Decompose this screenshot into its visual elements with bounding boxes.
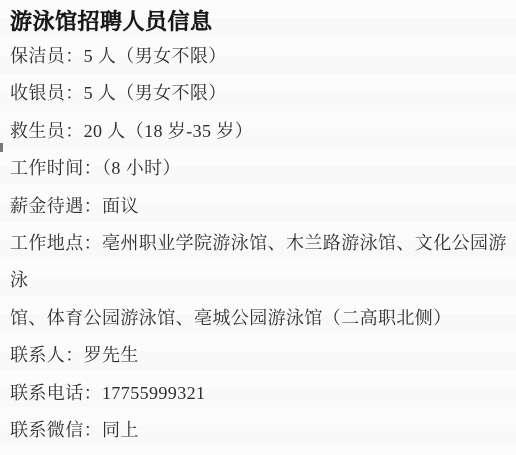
notice-line-contact-phone: 联系电话：17755999321 (10, 375, 510, 412)
notice-line-contact-wechat: 联系微信：同上 (10, 412, 510, 449)
notice-line-work-hours: 工作时间：（8 小时） (10, 150, 510, 187)
left-edge-scan-artifact (0, 143, 3, 152)
notice-line-salary: 薪金待遇：面议 (10, 188, 510, 225)
recruitment-notice-document: 游泳馆招聘人员信息 保洁员：5 人（男女不限） 收银员：5 人（男女不限） 救生… (0, 0, 516, 455)
notice-line-work-locations: 工作地点：亳州职业学院游泳馆、木兰路游泳馆、文化公园游泳 馆、体育公园游泳馆、亳… (10, 225, 510, 337)
notice-line-contact-person: 联系人：罗先生 (10, 337, 510, 374)
notice-line-cashier: 收银员：5 人（男女不限） (10, 75, 510, 112)
notice-line-cleaner: 保洁员：5 人（男女不限） (10, 38, 510, 75)
notice-line-lifeguard: 救生员：20 人（18 岁-35 岁） (10, 113, 510, 150)
notice-title: 游泳馆招聘人员信息 (10, 6, 510, 38)
